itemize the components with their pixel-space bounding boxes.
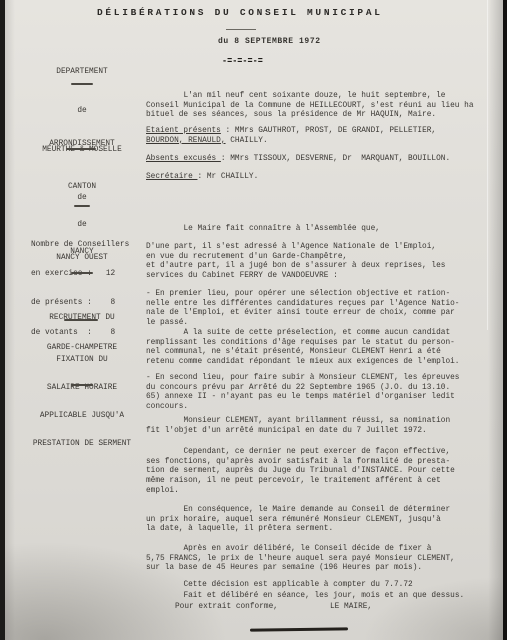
secretary-label: Secrétaire [146, 173, 197, 181]
subject-line: FIXATION DU [17, 356, 147, 365]
subject-line: PRESTATION DE SERMENT [17, 440, 147, 449]
document-page: DÉLIBÉRATIONS DU CONSEIL MUNICIPAL du 8 … [5, 0, 503, 640]
sidebar-subject-salary: FIXATION DU SALAIRE HORAIRE APPLICABLE J… [17, 337, 147, 469]
arrondissement-label: ARRONDISSEMENT [17, 135, 147, 153]
paragraph-applicable: Cette décision est applicable à compter … [146, 581, 502, 591]
department-label: DEPARTEMENT [17, 66, 147, 79]
canton-label: CANTON [17, 182, 147, 193]
closing-extract: Pour extrait conforme, [175, 603, 278, 613]
paragraph-premier-lieu: - En premier lieu, pour opérer une sélec… [146, 290, 502, 368]
paragraph-deliberation: Après en avoir délibéré, le Conseil déci… [146, 545, 502, 574]
subject-line: RECRUTEMENT DU [17, 313, 147, 323]
sidebar-divider [71, 272, 93, 274]
sidebar-divider [71, 83, 93, 85]
present-label: Etaient présents [146, 127, 221, 135]
paragraph-fait-delibere: Fait et délibéré en séance, les jour, mo… [146, 592, 502, 602]
dash-ornament: -=-=-=-= [222, 55, 263, 67]
paragraph-nomination: Monsieur CLEMENT, ayant brillamment réus… [146, 417, 502, 436]
sidebar-divider [66, 148, 96, 150]
present-names-underlined: BOURDON, RENAULD, [146, 137, 226, 145]
session-date: du 8 SEPTEMBRE 1972 [218, 37, 321, 46]
page-edge-right [503, 0, 507, 640]
counts-title: Nombre de Conseillers [31, 241, 161, 251]
absent-names: : MMrs TISSOUX, DESVERNE, Dr MARQUANT, B… [221, 155, 450, 163]
attendance-absent: Absents excusés : MMrs TISSOUX, DESVERNE… [146, 155, 502, 165]
paragraph-second-lieu: - En second lieu, pour faire subir à Mon… [146, 374, 502, 413]
paragraph-two-parts: D'une part, il s'est adressé à l'Agence … [146, 243, 502, 282]
closing-line: Pour extrait conforme, LE MAIRE, [146, 603, 502, 613]
subject-line: APPLICABLE JUSQU'A [17, 412, 147, 421]
closing-le-maire: LE MAIRE, [330, 603, 372, 613]
paragraph-maire-intro: Le Maire fait connaître à l'Assemblée qu… [146, 225, 502, 235]
signature-line [250, 627, 348, 631]
sidebar-divider [71, 384, 93, 386]
secretary-name: : Mr CHAILLY. [197, 173, 258, 181]
attendance-present: Etaient présents : MMrs GAUTHROT, PROST,… [146, 127, 502, 146]
present-names: : MMrs GAUTHROT, PROST, DE GRANDI, PELLE… [221, 127, 436, 135]
title-underline-rule [226, 29, 256, 30]
document-title: DÉLIBÉRATIONS DU CONSEIL MUNICIPAL [97, 7, 383, 18]
scanned-document-photo: DÉLIBÉRATIONS DU CONSEIL MUNICIPAL du 8 … [0, 0, 507, 640]
paragraph-consequence: En conséquence, le Maire demande au Cons… [146, 506, 502, 535]
paragraph-opening: L'an mil neuf cent soixante douze, le hu… [146, 92, 502, 121]
paragraph-cependant: Cependant, ce dernier ne peut exercer de… [146, 448, 502, 497]
sidebar-divider [74, 205, 90, 207]
absent-label: Absents excusés [146, 155, 221, 163]
present-names-rest: CHAILLY. [226, 137, 268, 145]
counts-in-office: en exercice : 12 [31, 270, 161, 280]
attendance-secretary: Secrétaire : Mr CHAILLY. [146, 173, 502, 183]
sidebar-divider [64, 319, 98, 321]
